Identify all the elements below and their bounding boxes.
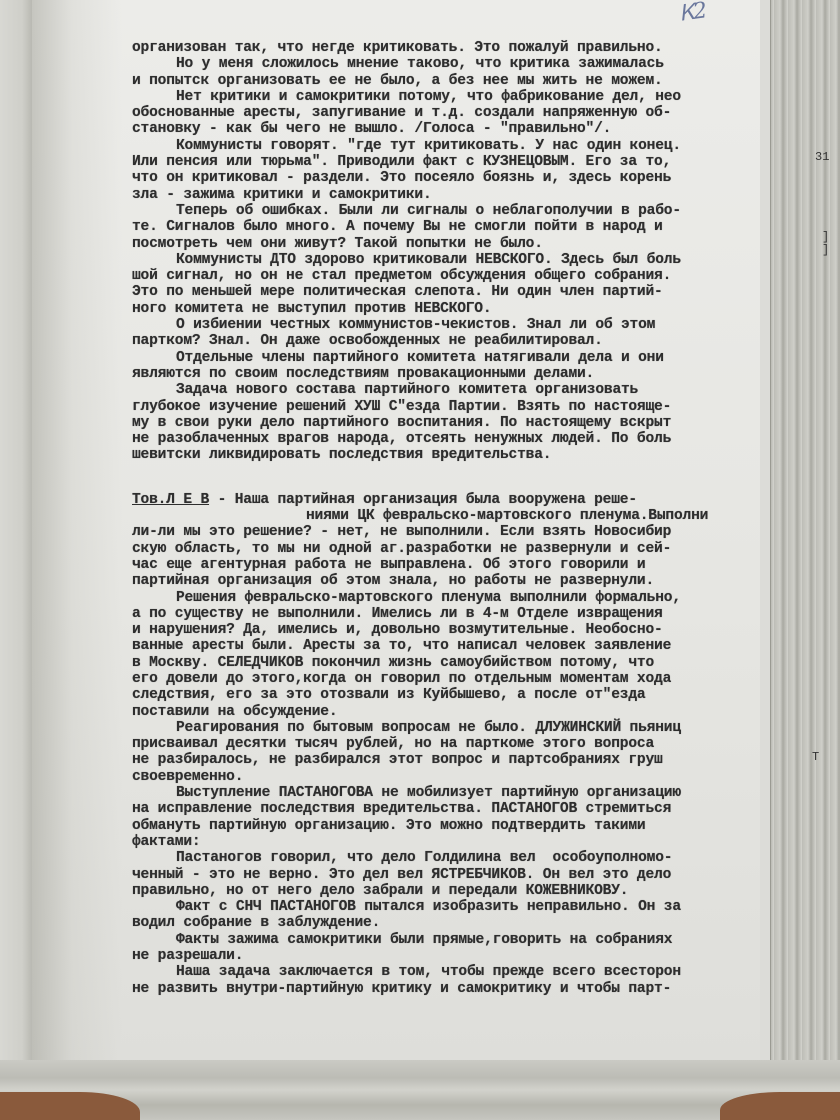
text-line: Коммунисты говорят. "где тут критиковать… — [132, 138, 782, 154]
margin-mark: ] — [822, 243, 829, 257]
text-line: Выступление ПАСТАНОГОВА не мобилизует па… — [132, 785, 782, 801]
text-line: Задача нового состава партийного комитет… — [132, 382, 782, 398]
text-line: организован так, что негде критиковать. … — [132, 40, 782, 56]
text-line: не разоблаченных врагов народа, отсеять … — [132, 431, 782, 447]
text-line: на исправление последствия вредительства… — [132, 801, 782, 817]
left-facing-page — [0, 0, 34, 1120]
text-line: те. Сигналов было много. А почему Вы не … — [132, 219, 782, 235]
text-line: Коммунисты ДТО здорово критиковали НЕВСК… — [132, 252, 782, 268]
text-line: шевитски ликвидировать последствия вреди… — [132, 447, 782, 463]
table-surface-right — [720, 1092, 840, 1120]
text-line: поставили на обсуждение. — [132, 704, 782, 720]
text-line: шой сигнал, но он не стал предметом обсу… — [132, 268, 782, 284]
text-line: в Москву. СЕЛЕДЧИКОВ покончил жизнь само… — [132, 655, 782, 671]
text-line: фактами: — [132, 834, 782, 850]
text-line: Это по меньшей мере политическая слепота… — [132, 284, 782, 300]
text-line: становку - как бы чего не вышло. /Голоса… — [132, 121, 782, 137]
text-line: Решения февральско-мартовского пленума в… — [132, 590, 782, 606]
text-line: его довели до этого,когда он говорил по … — [132, 671, 782, 687]
text-line: а по существу не выполнили. Имелись ли в… — [132, 606, 782, 622]
text-line: скую область, то мы ни одной аг.разработ… — [132, 541, 782, 557]
text-line: ли-ли мы это решение? - нет, не выполнил… — [132, 524, 782, 540]
text-line: Но у меня сложилось мнение таково, что к… — [132, 56, 782, 72]
text-line: Факты зажима самокритики были прямые,гов… — [132, 932, 782, 948]
text-line: Отдельные члены партийного комитета натя… — [132, 350, 782, 366]
handwritten-page-number: Ꮶ2 — [678, 0, 706, 27]
text-line: правильно, но от него дело забрали и пер… — [132, 883, 782, 899]
text-line: и нарушения? Да, имелись и, довольно воз… — [132, 622, 782, 638]
document-body: организован так, что негде критиковать. … — [132, 40, 782, 997]
text-line: следствия, его за это отозвали из Куйбыш… — [132, 687, 782, 703]
speaker-name: Тов.Л Е В — [132, 492, 209, 508]
speech-second-line: ниями ЦК февральско-мартовского пленума.… — [132, 508, 782, 524]
margin-mark: ] — [822, 230, 829, 244]
margin-mark: T — [812, 750, 819, 764]
text-line: не развить внутри-партийную критику и са… — [132, 981, 782, 997]
text-line: му в свои руки дело партийного воспитани… — [132, 415, 782, 431]
section-lev-speech: Тов.Л Е В - Наша партийная организация б… — [132, 492, 782, 997]
text-line: водил собрание в заблуждение. — [132, 915, 782, 931]
text-line: час еще агентурная работа не выправлена.… — [132, 557, 782, 573]
text-line: Пастаногов говорил, что дело Голдилина в… — [132, 850, 782, 866]
text-line: Нет критики и самокритики потому, что фа… — [132, 89, 782, 105]
text-line: глубокое изучение решений ХУШ С"езда Пар… — [132, 399, 782, 415]
text-line: не разбиралось, не разбирался этот вопро… — [132, 752, 782, 768]
text-line: ванные аресты были. Аресты за то, что на… — [132, 638, 782, 654]
table-surface — [0, 1092, 140, 1120]
margin-mark: 31 — [815, 150, 829, 164]
text-line: своевременно. — [132, 769, 782, 785]
text-line: зла - зажима критики и самокритики. — [132, 187, 782, 203]
page-stack-edges — [0, 1060, 840, 1120]
text-line: являются по своим последствиям провакаци… — [132, 366, 782, 382]
section-party-committee-critique: организован так, что негде критиковать. … — [132, 40, 782, 464]
text-line: Или пенсия или тюрьма". Приводили факт с… — [132, 154, 782, 170]
text-line: посмотреть чем они живут? Такой попытки … — [132, 236, 782, 252]
speech-first-line: - Наша партийная организация была вооруж… — [209, 492, 637, 508]
text-line: партийная организация об этом знала, но … — [132, 573, 782, 589]
text-line: обмануть партийную организацию. Это можн… — [132, 818, 782, 834]
text-line: присваивал десятки тысяч рублей, но на п… — [132, 736, 782, 752]
text-line: Теперь об ошибках. Были ли сигналы о неб… — [132, 203, 782, 219]
text-line: партком? Знал. Он даже освобожденных не … — [132, 333, 782, 349]
text-line: Реагирования по бытовым вопросам не было… — [132, 720, 782, 736]
document-photo: Ꮶ2 31 ] ] T организован так, что негде к… — [0, 0, 840, 1120]
text-line: Наша задача заключается в том, чтобы пре… — [132, 964, 782, 980]
text-line: и попытск организовать ее не было, а без… — [132, 73, 782, 89]
text-line: ного комитета не выступил против НЕВСКОГ… — [132, 301, 782, 317]
text-line: не разрешали. — [132, 948, 782, 964]
text-line: обоснованные аресты, запугивание и т.д. … — [132, 105, 782, 121]
text-line: что он критиковал - раздели. Это посеяло… — [132, 170, 782, 186]
text-line: Факт с СНЧ ПАСТАНОГОВ пытался изобразить… — [132, 899, 782, 915]
text-line: О избиении честных коммунистов-чекистов.… — [132, 317, 782, 333]
text-line: ченный - это не верно. Это дел вел ЯСТРЕ… — [132, 867, 782, 883]
